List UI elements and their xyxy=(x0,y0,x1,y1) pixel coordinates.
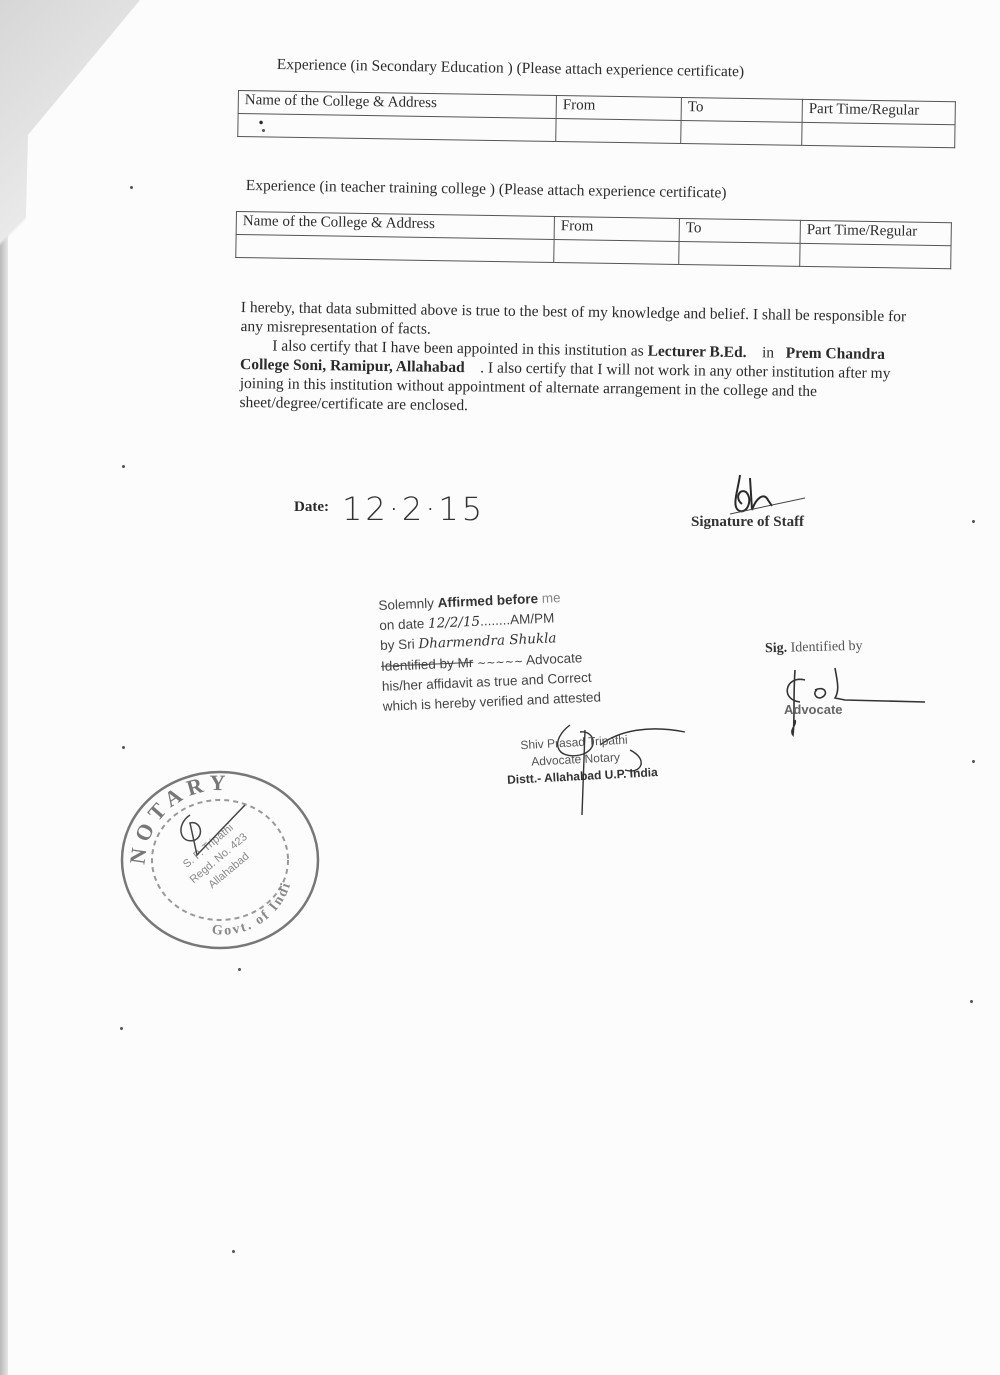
teacher-training-experience-table: Name of the College & Address From To Pa… xyxy=(235,211,952,269)
table-cell xyxy=(679,241,800,266)
scan-speck xyxy=(972,760,975,763)
teacher-training-experience-title: Experience (in teacher training college … xyxy=(246,177,727,203)
table-cell xyxy=(554,239,679,264)
scan-speck xyxy=(262,129,265,132)
declaration-in: in xyxy=(762,344,774,361)
secondary-experience-title: Experience (in Secondary Education ) (Pl… xyxy=(277,56,745,81)
declaration-text: I hereby, that data submitted above is t… xyxy=(239,298,931,422)
svg-text:NOTARY: NOTARY xyxy=(124,770,231,866)
table-cell xyxy=(681,120,802,145)
date-label: Date: xyxy=(294,499,329,516)
advocate-signature-icon xyxy=(775,660,925,740)
staff-signature-icon xyxy=(720,470,810,520)
scan-speck xyxy=(122,465,125,468)
column-header: To xyxy=(679,218,800,243)
scan-speck xyxy=(232,1250,235,1253)
secondary-experience-table: Name of the College & Address From To Pa… xyxy=(237,90,956,148)
scan-speck xyxy=(970,1000,973,1003)
scan-speck xyxy=(238,968,241,971)
scan-speck xyxy=(972,520,975,523)
column-header: Part Time/Regular xyxy=(800,220,951,245)
scan-speck xyxy=(122,746,125,749)
appointed-post: Lecturer B.Ed. xyxy=(648,343,747,361)
table-cell xyxy=(236,235,554,263)
scan-speck xyxy=(120,1027,123,1030)
table-cell xyxy=(800,243,951,268)
signature-identified-by: Sig. Identified by xyxy=(765,639,863,658)
column-header: From xyxy=(556,96,681,121)
table-cell xyxy=(556,118,681,143)
column-header: To xyxy=(681,97,802,122)
affidavit-stamp: Solemnly Affirmed before me on date 12/2… xyxy=(378,582,703,716)
handwritten-deponent-name: Dharmendra Shukla xyxy=(418,630,557,652)
scan-speck xyxy=(130,186,133,189)
notary-seal-icon: NOTARY Govt. of India S. P. Tripathi Reg… xyxy=(115,765,325,955)
signature-of-staff-label: Signature of Staff xyxy=(691,514,804,531)
advocate-label: Advocate xyxy=(784,702,843,717)
table-cell: • xyxy=(238,114,556,142)
notary-stamp: Shiv Prasad Tripathi Advocate Notary Dis… xyxy=(505,728,707,789)
seal-top-text: NOTARY xyxy=(124,770,231,866)
handwritten-affirm-date: 12/2/15 xyxy=(428,613,481,631)
document-page: Experience (in Secondary Education ) (Pl… xyxy=(0,0,1000,1375)
declaration-paragraph-2: I also certify that I have been appointe… xyxy=(239,336,930,422)
handwritten-date: 12·2·15 xyxy=(342,490,485,528)
column-header: Part Time/Regular xyxy=(802,99,955,124)
table-cell xyxy=(802,122,955,147)
column-header: From xyxy=(554,217,679,242)
